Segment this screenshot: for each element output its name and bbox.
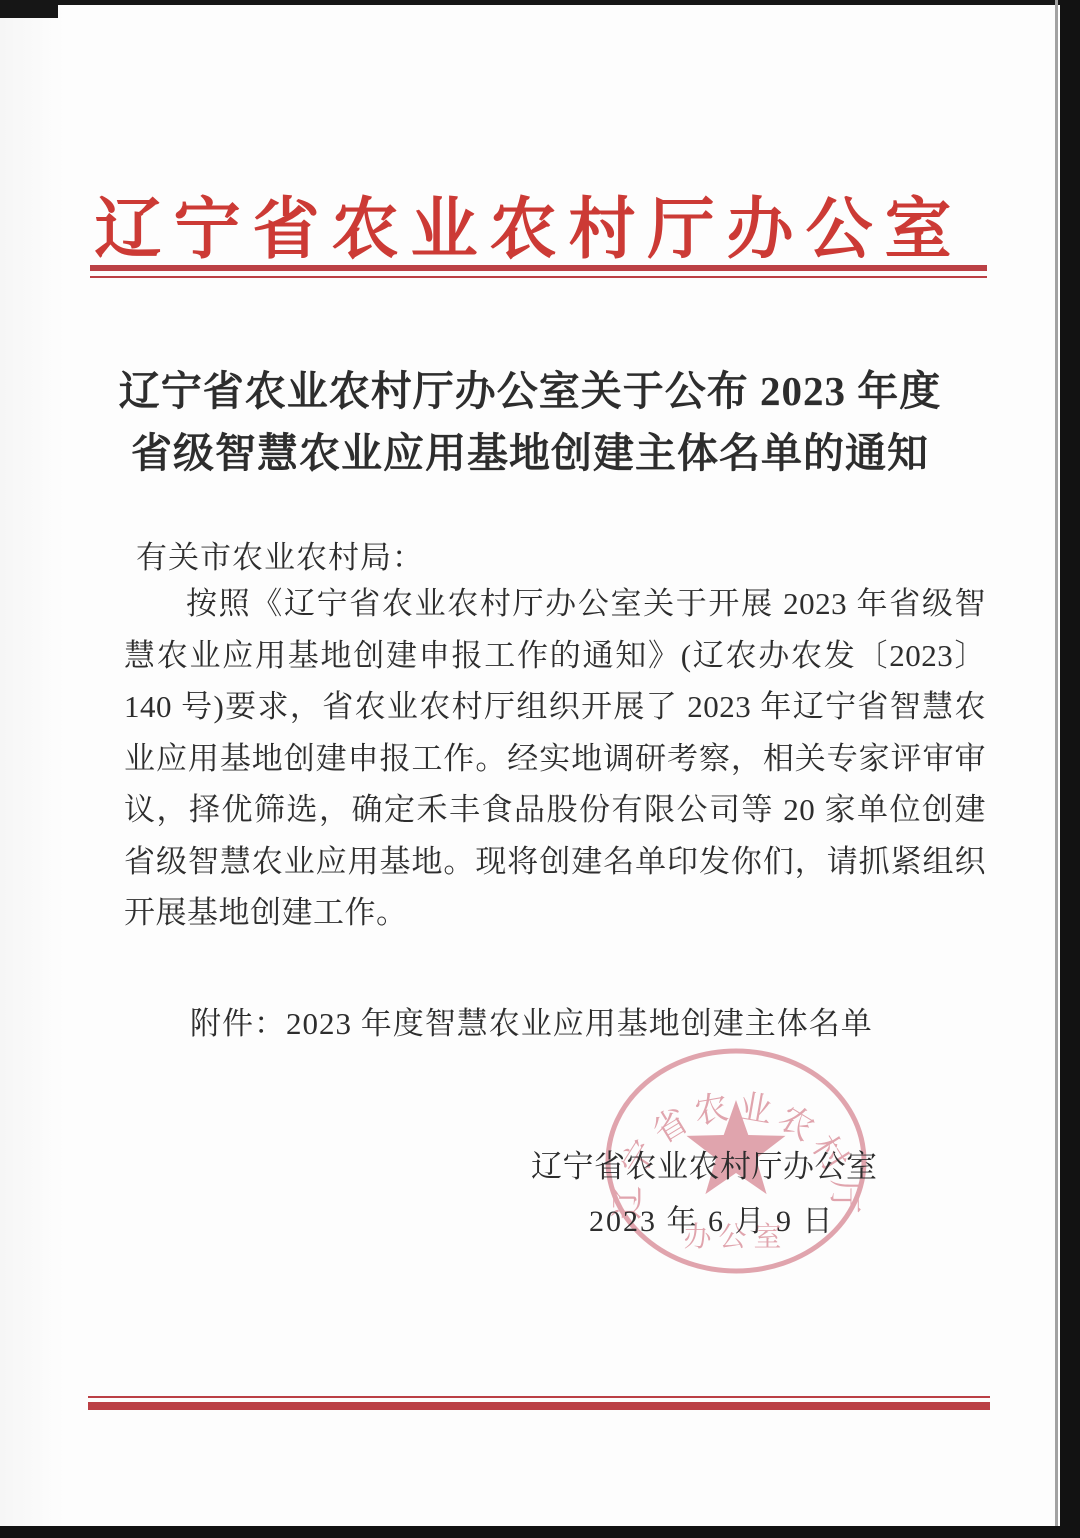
issuer-signature: 辽宁省农业农村厅办公室 <box>531 1141 878 1186</box>
photo-edge-top-left-corner <box>0 0 58 18</box>
document-title-line1: 辽宁省农业农村厅办公室关于公布 2023 年度 <box>119 368 942 414</box>
letterhead-rule-thick <box>90 265 987 271</box>
footer-rule-thick <box>88 1402 990 1410</box>
salutation: 有关市农业农村局： <box>136 532 424 577</box>
letterhead-rule-thin <box>90 276 987 278</box>
photo-page-right-edge <box>1055 0 1058 1538</box>
attachment-line: 附件：2023 年度智慧农业应用基地创建主体名单 <box>190 998 873 1043</box>
photo-edge-top <box>0 0 1080 5</box>
issue-date: 2023 年 6 月 9 日 <box>589 1196 835 1240</box>
photo-edge-bottom <box>0 1526 1080 1538</box>
photo-edge-right <box>1060 0 1080 1538</box>
body-paragraph: 按照《辽宁省农业农村厅办公室关于开展 2023 年省级智慧农业应用基地创建申报工… <box>124 578 986 939</box>
footer-rule-thin <box>88 1396 990 1398</box>
document-title: 辽宁省农业农村厅办公室关于公布 2023 年度 省级智慧农业应用基地创建主体名单… <box>60 360 1000 484</box>
document-photo: 辽宁省农业农村厅办公室 辽宁省农业农村厅办公室关于公布 2023 年度 省级智慧… <box>0 0 1080 1538</box>
document-title-line2: 省级智慧农业应用基地创建主体名单的通知 <box>131 430 929 476</box>
letterhead-title: 辽宁省农业农村厅办公室 <box>0 176 1058 272</box>
